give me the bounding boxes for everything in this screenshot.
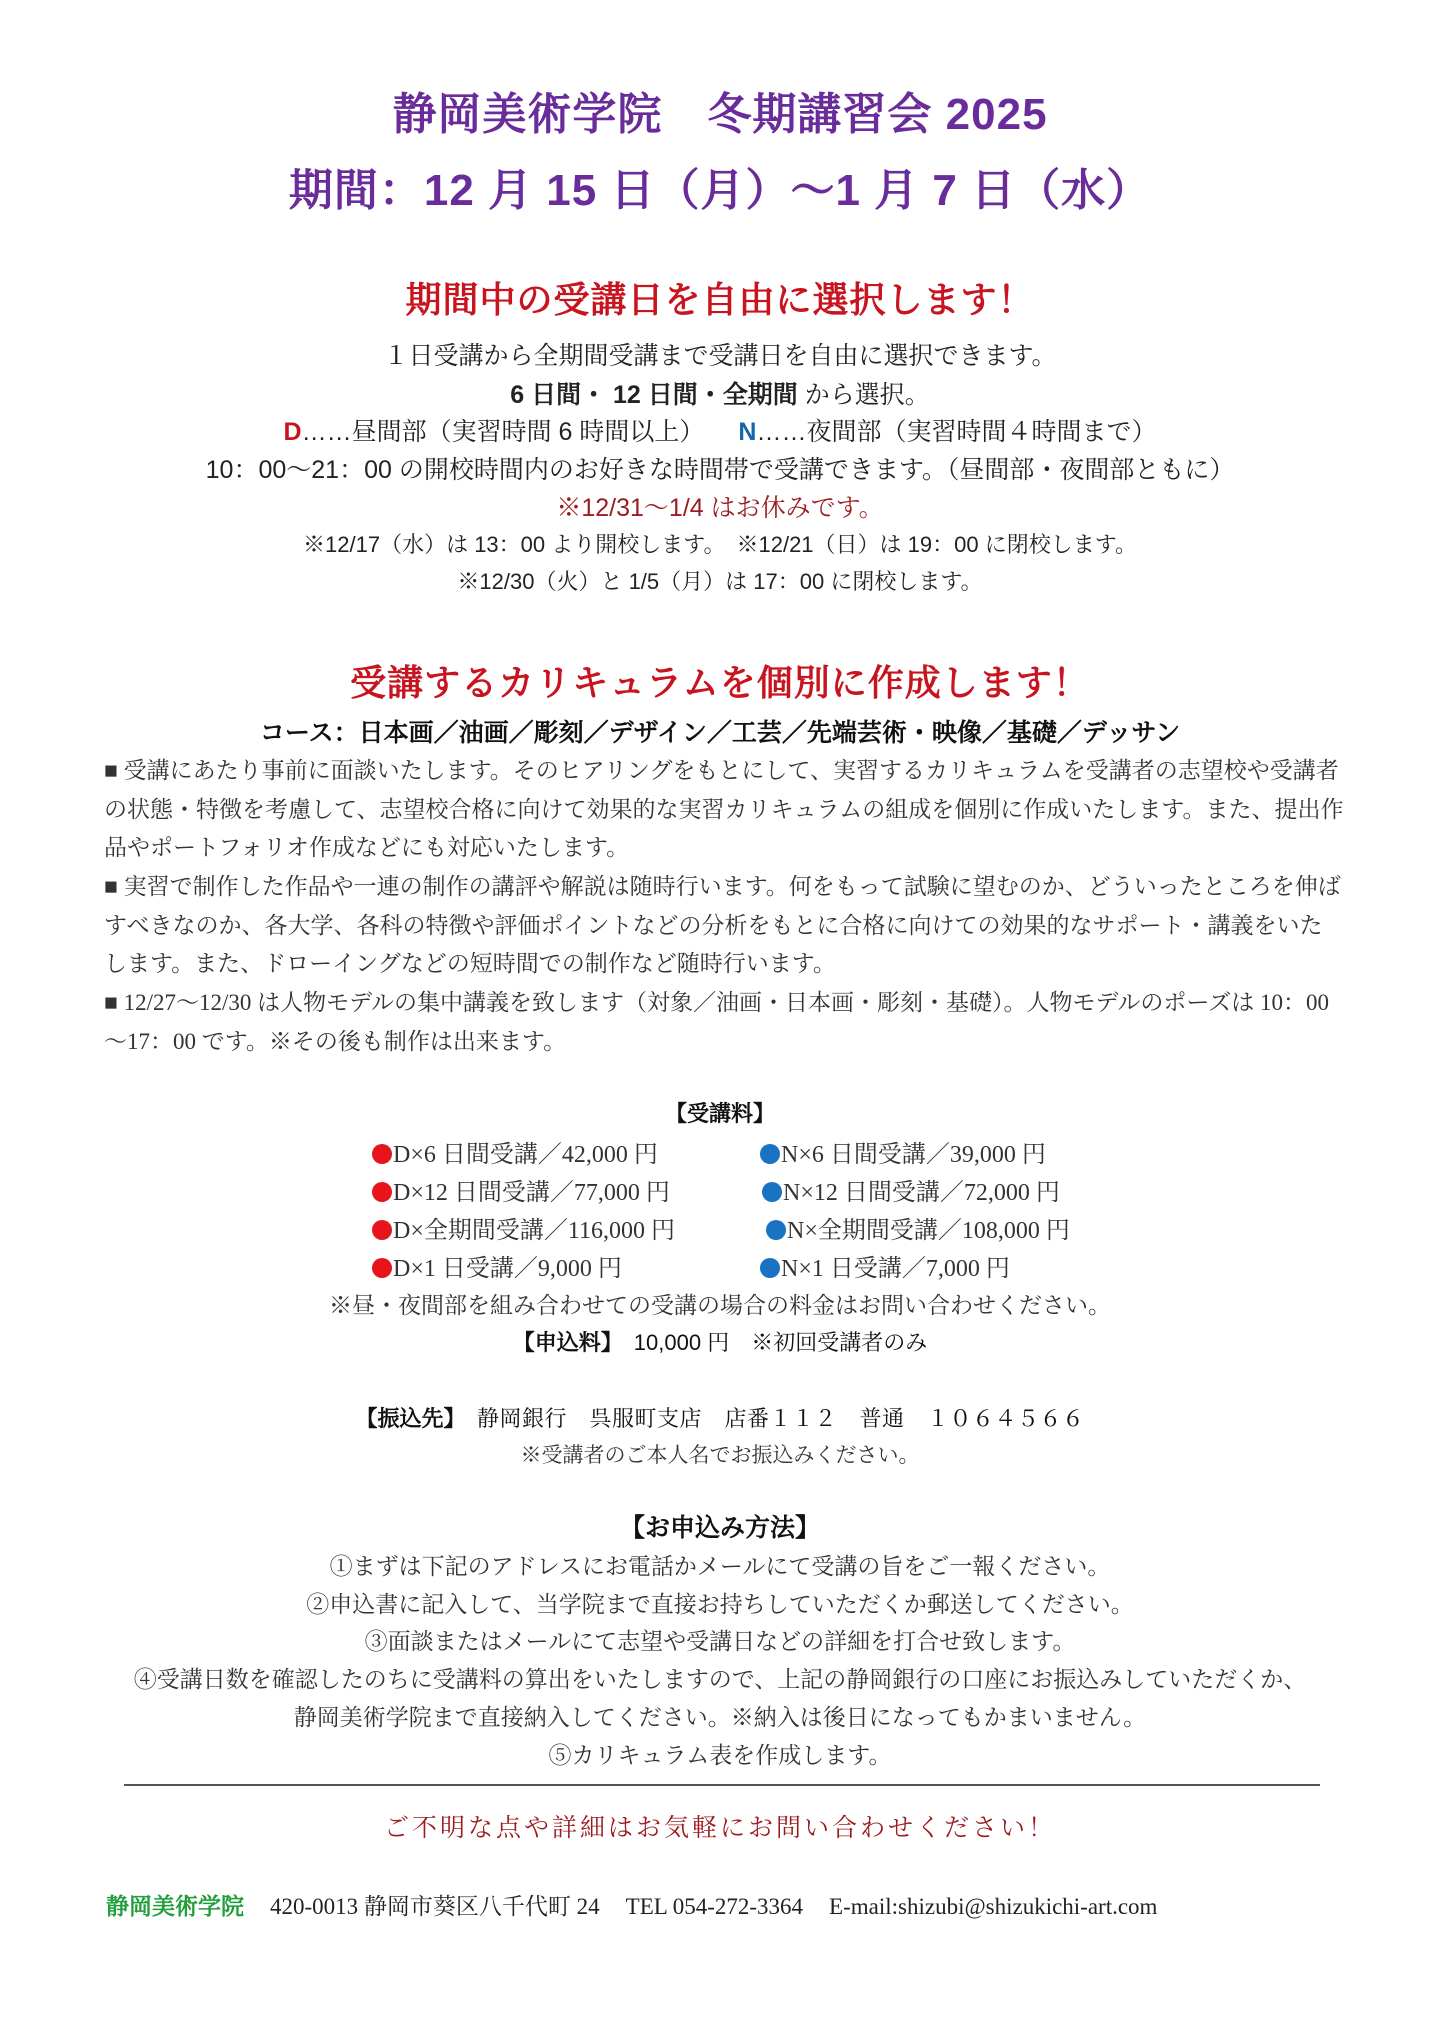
fee-day-full: D×全期間受講／116,000 円 — [372, 1210, 675, 1245]
night-code: N — [738, 418, 756, 446]
combo-fee-note: ※昼・夜間部を組み合わせての受講の場合の料金はお問い合わせください。 — [0, 1287, 1440, 1320]
flyer-page: 静岡美術学院 冬期講習会 2025 期間：12 月 15 日（月）～1 月 7 … — [0, 0, 1440, 2037]
curriculum-paragraph-1: ■ 受講にあたり事前に面談いたします。そのヒアリングをもとにして、実習するカリキ… — [104, 752, 1344, 868]
fee-night-12: N×12 日間受講／72,000 円 — [762, 1172, 1060, 1207]
apply-step-4-cont: 静岡美術学院まで直接納入してください。※納入は後日になってもかまいません。 — [0, 1699, 1440, 1732]
apply-step-4: ④受講日数を確認したのちに受講料の算出をいたしますので、上記の静岡銀行の口座にお… — [0, 1661, 1440, 1694]
application-fee-label: 【申込料】 — [513, 1330, 612, 1355]
fee-day-12: D×12 日間受講／77,000 円 — [372, 1172, 670, 1207]
fee-day-6: D×6 日間受講／42,000 円 — [372, 1134, 658, 1169]
footer-tel[interactable]: TEL 054-272-3364 — [626, 1894, 803, 1919]
fee-night-full: N×全期間受講／108,000 円 — [766, 1210, 1070, 1245]
closing-message: ご不明な点や詳細はお気軽にお問い合わせください！ — [0, 1808, 1440, 1844]
fee-night-1: N×1 日受講／7,000 円 — [760, 1248, 1010, 1283]
apply-step-5: ⑤カリキュラム表を作成します。 — [0, 1737, 1440, 1770]
day-code: D — [284, 418, 302, 446]
fee-night-6: N×6 日間受講／39,000 円 — [760, 1134, 1046, 1169]
duration-options: 6 日間・ 12 日間・全期間 — [510, 381, 798, 409]
section1-line2: 6 日間・ 12 日間・全期間 から選択。 — [0, 375, 1440, 411]
footer-brand: 静岡美術学院 — [106, 1893, 244, 1919]
footer-address: 420-0013 静岡市葵区八千代町 24 — [270, 1894, 600, 1919]
schedule-note-1: ※12/17（水）は 13：00 より開校します。 ※12/21（日）は 19：… — [0, 528, 1440, 559]
curriculum-paragraph-2: ■ 実習で制作した作品や一連の制作の講評や解説は随時行います。何をもって試験に望… — [104, 868, 1344, 984]
course-list: コース：日本画／油画／彫刻／デザイン／工芸／先端芸術・映像／基礎／デッサン — [0, 713, 1440, 749]
night-desc: ……夜間部（実習時間４時間まで） — [756, 418, 1156, 446]
apply-step-3: ③面談またはメールにて志望や受講日などの詳細を打合せ致します。 — [0, 1623, 1440, 1656]
apply-heading: 【お申込み方法】 — [0, 1508, 1440, 1544]
fees-heading: 【受講料】 — [0, 1097, 1440, 1128]
bank-note: ※受講者のご本人名でお振込みください。 — [0, 1439, 1440, 1469]
red-dot-icon — [372, 1258, 392, 1278]
day-desc: ……昼間部（実習時間 6 時間以上） — [302, 418, 705, 446]
section1-line1: １日受講から全期間受講まで受講日を自由に選択できます。 — [0, 336, 1440, 372]
blue-dot-icon — [766, 1220, 786, 1240]
divider — [124, 1784, 1320, 1786]
apply-step-1: ①まずは下記のアドレスにお電話かメールにて受講の旨をご一報ください。 — [0, 1548, 1440, 1581]
footer-email[interactable]: E-mail:shizubi@shizukichi-art.com — [829, 1894, 1157, 1919]
red-dot-icon — [372, 1182, 392, 1202]
application-fee: 【申込料】 10,000 円 ※初回受講者のみ — [0, 1326, 1440, 1357]
session-types: D……昼間部（実習時間 6 時間以上）N……夜間部（実習時間４時間まで） — [0, 412, 1440, 448]
bank-info: 【振込先】 静岡銀行 呉服町支店 店番１１２ 普通 １０６４５６６ — [0, 1402, 1440, 1433]
section1-heading: 期間中の受講日を自由に選択します！ — [0, 272, 1440, 323]
application-fee-value: 10,000 円 ※初回受講者のみ — [612, 1330, 927, 1355]
red-dot-icon — [372, 1220, 392, 1240]
apply-step-2: ②申込書に記入して、当学院まで直接お持ちしていただくか郵送してください。 — [0, 1586, 1440, 1619]
duration-suffix: から選択。 — [798, 381, 930, 409]
fee-day-1: D×1 日受講／9,000 円 — [372, 1248, 622, 1283]
holiday-note: ※12/31～1/4 はお休みです。 — [0, 488, 1440, 524]
blue-dot-icon — [760, 1258, 780, 1278]
schedule-note-2: ※12/30（火）と 1/5（月）は 17：00 に閉校します。 — [0, 565, 1440, 596]
bank-details: 静岡銀行 呉服町支店 店番１１２ 普通 １０６４５６６ — [455, 1406, 1085, 1431]
bank-label: 【振込先】 — [355, 1406, 454, 1431]
curriculum-paragraph-3: ■ 12/27～12/30 は人物モデルの集中講義を致します（対象／油画・日本画… — [104, 984, 1344, 1061]
red-dot-icon — [372, 1144, 392, 1164]
section2-heading: 受講するカリキュラムを個別に作成します！ — [0, 655, 1440, 706]
blue-dot-icon — [762, 1182, 782, 1202]
blue-dot-icon — [760, 1144, 780, 1164]
footer-contact: 静岡美術学院420-0013 静岡市葵区八千代町 24TEL 054-272-3… — [106, 1888, 1157, 1921]
opening-hours: 10：00～21：00 の開校時間内のお好きな時間帯で受講できます。（昼間部・夜… — [0, 450, 1440, 486]
period-subtitle: 期間：12 月 15 日（月）～1 月 7 日（水） — [0, 154, 1440, 218]
page-title: 静岡美術学院 冬期講習会 2025 — [0, 78, 1440, 142]
